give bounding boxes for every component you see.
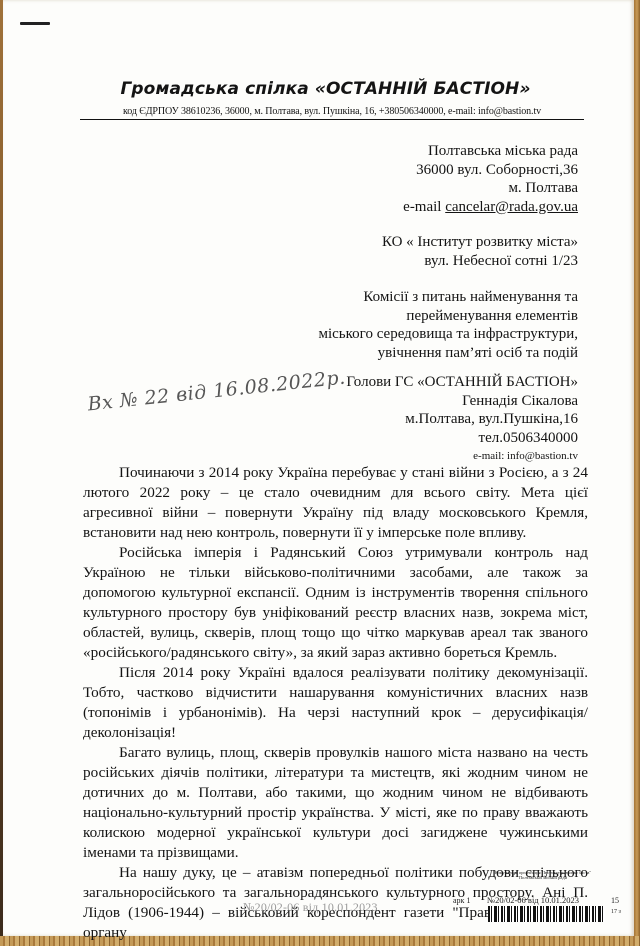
document-page: Громадська спілка «ОСТАННІЙ БАСТІОН» код… (3, 0, 634, 936)
stamp-count-bottom: 17 з (611, 909, 621, 915)
recipient-line: міського середовища та інфраструктури, (318, 325, 578, 344)
recipient-line: м. Полтава (403, 179, 578, 198)
recipient-line: Комісії з питань найменування та (318, 288, 578, 307)
recipient-line: Полтавська міська рада (403, 142, 578, 161)
recipient-line: 36000 вул. Соборності,36 (403, 161, 578, 180)
registration-stamp: Комунальна організація "Інститут розвитк… (453, 870, 633, 930)
body-paragraph: Починаючи з 2014 року Україна перебуває … (83, 463, 588, 543)
table-surface-right (634, 0, 640, 946)
faded-registration-number: №20/02-06 від 10.01.2023 (243, 900, 378, 915)
recipient-city-council: Полтавська міська рада 36000 вул. Соборн… (403, 142, 578, 216)
barcode-icon (488, 906, 605, 922)
handwritten-registration-note: Вх № 22 від 16.08.2022р. (87, 367, 347, 416)
org-title: Громадська спілка «ОСТАННІЙ БАСТІОН» (3, 79, 634, 99)
org-contacts: код ЄДРПОУ 38610236, 36000, м. Полтава, … (80, 106, 584, 120)
recipient-email-line: e-mail cancelar@rada.gov.ua (403, 198, 578, 217)
recipient-commission: Комісії з питань найменування та перейме… (318, 288, 578, 362)
recipient-line: вул. Небесної сотні 1/23 (382, 252, 578, 271)
sender-block: Голови ГС «ОСТАННІЙ БАСТІОН» Геннадія Сі… (346, 373, 578, 466)
body-paragraph: Після 2014 року Україні вдалося реалізув… (83, 663, 588, 743)
sender-line: тел.0506340000 (346, 429, 578, 448)
stamp-count-top: 15 (611, 896, 619, 905)
stamp-reg-number: №20/02-06 від 10.01.2023 (487, 895, 579, 905)
body-paragraph: Російська імперія і Радянський Союз утри… (83, 543, 588, 663)
sender-line: м.Полтава, вул.Пушкіна,16 (346, 410, 578, 429)
recipient-line: перейменування елементів (318, 307, 578, 326)
sender-line: Геннадія Сікалова (346, 392, 578, 411)
recipient-email-link[interactable]: cancelar@rada.gov.ua (445, 199, 578, 215)
recipient-line: КО « Інститут розвитку міста» (382, 233, 578, 252)
body-paragraph: Багато вулиць, площ, скверів провулків н… (83, 743, 588, 863)
corner-mark (20, 22, 50, 25)
email-prefix: e-mail (403, 199, 445, 215)
stamp-org-name: Комунальна організація "Інститут розвитк… (483, 870, 603, 880)
recipient-line: увічнення пам’яті осіб та подій (318, 344, 578, 363)
sender-line: Голови ГС «ОСТАННІЙ БАСТІОН» (346, 373, 578, 392)
stamp-sheet-label: арк 1 (453, 896, 470, 905)
recipient-institute: КО « Інститут розвитку міста» вул. Небес… (382, 233, 578, 270)
